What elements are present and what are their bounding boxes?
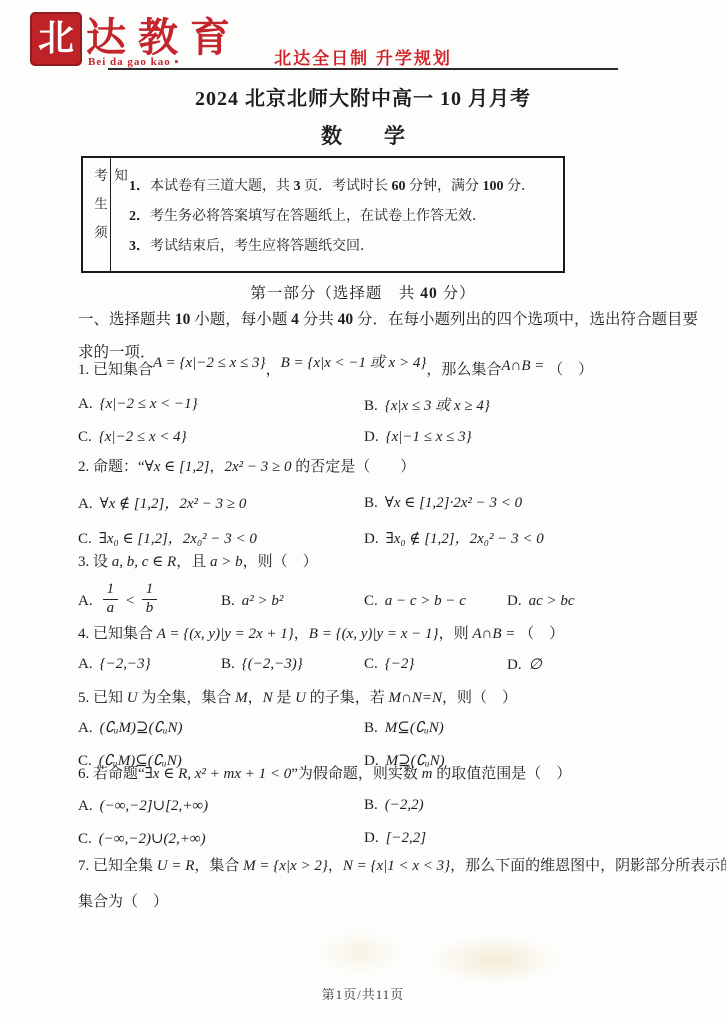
option-label: B.	[364, 398, 378, 414]
option-text: (−2,2)	[385, 797, 424, 813]
option-label: D.	[507, 593, 522, 609]
question-4-option-b: B.{(−2,−3)}	[221, 656, 364, 673]
option-text: a − c > b − c	[385, 593, 466, 609]
brand-slogan: 北达全日制 升学规划	[0, 44, 726, 69]
notice-item-2: 2．考生务必将答案填写在答题纸上，在试卷上作答无效．	[129, 202, 557, 232]
question-5-option-b: B.M⊆(∁ᵤN)	[364, 718, 668, 737]
option-text: {x|−2 ≤ x < −1}	[100, 396, 198, 412]
option-text: ∀x ∈ [1,2]·2x² − 3 < 0	[385, 495, 522, 511]
option-text: ∀x ∉ [1,2]，2x² − 3 ≥ 0	[100, 496, 247, 512]
option-text: {x|−2 ≤ x < 4}	[99, 429, 187, 445]
notice-side-label: 考生须知	[83, 158, 111, 271]
option-label: D.	[364, 429, 379, 445]
question-5-stem: 5. 已知 U 为全集，集合 M，N 是 U 的子集，若 M∩N=N，则（ ）	[78, 686, 668, 710]
option-text: M⊆(∁ᵤN)	[385, 720, 444, 736]
question-4-options: A.{−2,−3} B.{(−2,−3)} C.{−2} D.∅	[78, 655, 668, 674]
question-1-options: A.{x|−2 ≤ x < −1} B.{x|x ≤ 3 或 x ≥ 4} C.…	[78, 394, 668, 446]
question-2-option-b: B.∀x ∈ [1,2]·2x² − 3 < 0	[364, 493, 668, 512]
option-text: ∃x₀ ∉ [1,2]，2x₀² − 3 < 0	[386, 531, 544, 547]
question-7: 7. 已知全集 U = R，集合 M = {x|x > 2}，N = {x|1 …	[78, 848, 668, 920]
option-text: {−2}	[385, 656, 415, 672]
option-label: C.	[78, 531, 92, 547]
notice-item-1: 1．本试卷有三道大题，共 3 页．考试时长 60 分钟，满分 100 分．	[129, 172, 557, 202]
option-label: A.	[78, 396, 93, 412]
option-text: (−∞,−2)∪(2,+∞)	[99, 831, 206, 847]
question-6-option-a: A.(−∞,−2]∪[2,+∞)	[78, 796, 364, 815]
option-text: a² > b²	[242, 593, 284, 609]
question-6: 6. 若命题“∃x ∈ R, x² + mx + 1 < 0”为假命题，则实数 …	[78, 762, 668, 848]
option-label: A.	[78, 798, 93, 814]
question-2-stem: 2. 命题：“∀x ∈ [1,2]，2x² − 3 ≥ 0 的否定是（ ）	[78, 455, 668, 479]
option-text: ∃x₀ ∈ [1,2]，2x₀² − 3 < 0	[99, 531, 257, 547]
question-2-options: A.∀x ∉ [1,2]，2x² − 3 ≥ 0 B.∀x ∈ [1,2]·2x…	[78, 492, 668, 548]
instructions-line-1: 一、选择题共 10 小题，每小题 4 分共 40 分．在每小题列出的四个选项中，…	[78, 303, 658, 336]
exam-paper-page: 北 达教育 Bei da gao kao ▪ 北达全日制 升学规划 2024 北…	[0, 0, 726, 1024]
question-4-option-a: A.{−2,−3}	[78, 656, 221, 673]
option-label: B.	[364, 720, 378, 736]
question-1-option-c: C.{x|−2 ≤ x < 4}	[78, 429, 364, 446]
question-4: 4. 已知集合 A = {(x, y)|y = 2x + 1}，B = {(x,…	[78, 622, 668, 674]
question-6-stem: 6. 若命题“∃x ∈ R, x² + mx + 1 < 0”为假命题，则实数 …	[78, 762, 668, 786]
question-6-option-b: B.(−2,2)	[364, 797, 668, 814]
question-7-stem-line-1: 7. 已知全集 U = R，集合 M = {x|x > 2}，N = {x|1 …	[78, 848, 668, 884]
exam-subject: 数 学	[0, 120, 726, 150]
option-text: ∅	[529, 657, 542, 673]
question-1: 1. 已知集合A = {x|−2 ≤ x ≤ 3}，B = {x|x < −1 …	[78, 358, 668, 446]
option-text: (∁ᵤM)⊇(∁ᵤN)	[100, 720, 183, 736]
option-label: D.	[364, 830, 379, 846]
question-4-stem: 4. 已知集合 A = {(x, y)|y = 2x + 1}，B = {(x,…	[78, 622, 668, 646]
question-1-option-a: A.{x|−2 ≤ x < −1}	[78, 396, 364, 413]
option-text: {x|x ≤ 3 或 x ≥ 4}	[385, 398, 490, 414]
question-2-option-d: D.∃x₀ ∉ [1,2]，2x₀² − 3 < 0	[364, 527, 668, 548]
option-text: [−2,2]	[386, 830, 427, 846]
header-divider	[108, 68, 618, 70]
notice-items: 1．本试卷有三道大题，共 3 页．考试时长 60 分钟，满分 100 分． 2．…	[111, 158, 563, 271]
option-text: {x|−1 ≤ x ≤ 3}	[386, 429, 472, 445]
question-5-option-a: A.(∁ᵤM)⊇(∁ᵤN)	[78, 718, 364, 737]
option-label: B.	[364, 797, 378, 813]
question-2: 2. 命题：“∀x ∈ [1,2]，2x² − 3 ≥ 0 的否定是（ ） A.…	[78, 455, 668, 548]
question-5: 5. 已知 U 为全集，集合 M，N 是 U 的子集，若 M∩N=N，则（ ） …	[78, 686, 668, 770]
scan-smudge	[315, 930, 405, 975]
question-6-option-d: D.[−2,2]	[364, 830, 668, 847]
notice-item-3: 3．考试结束后，考生应将答题纸交回．	[129, 232, 557, 262]
page-number: 第1页/共11页	[0, 984, 726, 1003]
option-text: {−2,−3}	[100, 656, 151, 672]
candidate-notice-box: 考生须知 1．本试卷有三道大题，共 3 页．考试时长 60 分钟，满分 100 …	[81, 156, 565, 273]
option-label: A.	[78, 593, 93, 609]
option-label: D.	[364, 531, 379, 547]
exam-title: 2024 北京北师大附中高一 10 月月考	[0, 82, 726, 111]
option-text: ac > bc	[529, 593, 575, 609]
question-3-stem: 3. 设 a, b, c ∈ R，且 a > b，则（ ）	[78, 550, 668, 574]
option-label: C.	[78, 831, 92, 847]
scan-smudge	[430, 935, 560, 985]
option-label: A.	[78, 496, 93, 512]
option-label: B.	[221, 656, 235, 672]
question-1-option-d: D.{x|−1 ≤ x ≤ 3}	[364, 429, 668, 446]
option-text: (−∞,−2]∪[2,+∞)	[100, 798, 209, 814]
question-3-options: A.1a < 1b B.a² > b² C.a − c > b − c D.ac…	[78, 584, 668, 619]
option-label: C.	[364, 593, 378, 609]
question-3-option-d: D.ac > bc	[507, 593, 668, 610]
question-3-option-c: C.a − c > b − c	[364, 593, 507, 610]
question-3-option-b: B.a² > b²	[221, 593, 364, 610]
question-2-option-a: A.∀x ∉ [1,2]，2x² − 3 ≥ 0	[78, 492, 364, 513]
question-7-stem-line-2: 集合为（ ）	[78, 884, 668, 920]
question-1-stem: 1. 已知集合A = {x|−2 ≤ x ≤ 3}，B = {x|x < −1 …	[78, 358, 668, 382]
option-label: B.	[364, 495, 378, 511]
question-1-option-b: B.{x|x ≤ 3 或 x ≥ 4}	[364, 394, 668, 415]
option-label: A.	[78, 656, 93, 672]
option-label: C.	[78, 429, 92, 445]
option-label: B.	[221, 593, 235, 609]
option-text: 1a < 1b	[100, 593, 161, 609]
question-6-options: A.(−∞,−2]∪[2,+∞) B.(−2,2) C.(−∞,−2)∪(2,+…	[78, 796, 668, 848]
option-label: D.	[507, 657, 522, 673]
question-4-option-c: C.{−2}	[364, 656, 507, 673]
question-4-option-d: D.∅	[507, 655, 668, 674]
option-label: C.	[364, 656, 378, 672]
part-one-heading: 第一部分（选择题 共 40 分）	[0, 281, 726, 303]
question-3: 3. 设 a, b, c ∈ R，且 a > b，则（ ） A.1a < 1b …	[78, 550, 668, 619]
option-label: A.	[78, 720, 93, 736]
question-6-option-c: C.(−∞,−2)∪(2,+∞)	[78, 829, 364, 848]
option-text: {(−2,−3)}	[242, 656, 303, 672]
question-3-option-a: A.1a < 1b	[78, 584, 221, 619]
question-2-option-c: C.∃x₀ ∈ [1,2]，2x₀² − 3 < 0	[78, 527, 364, 548]
